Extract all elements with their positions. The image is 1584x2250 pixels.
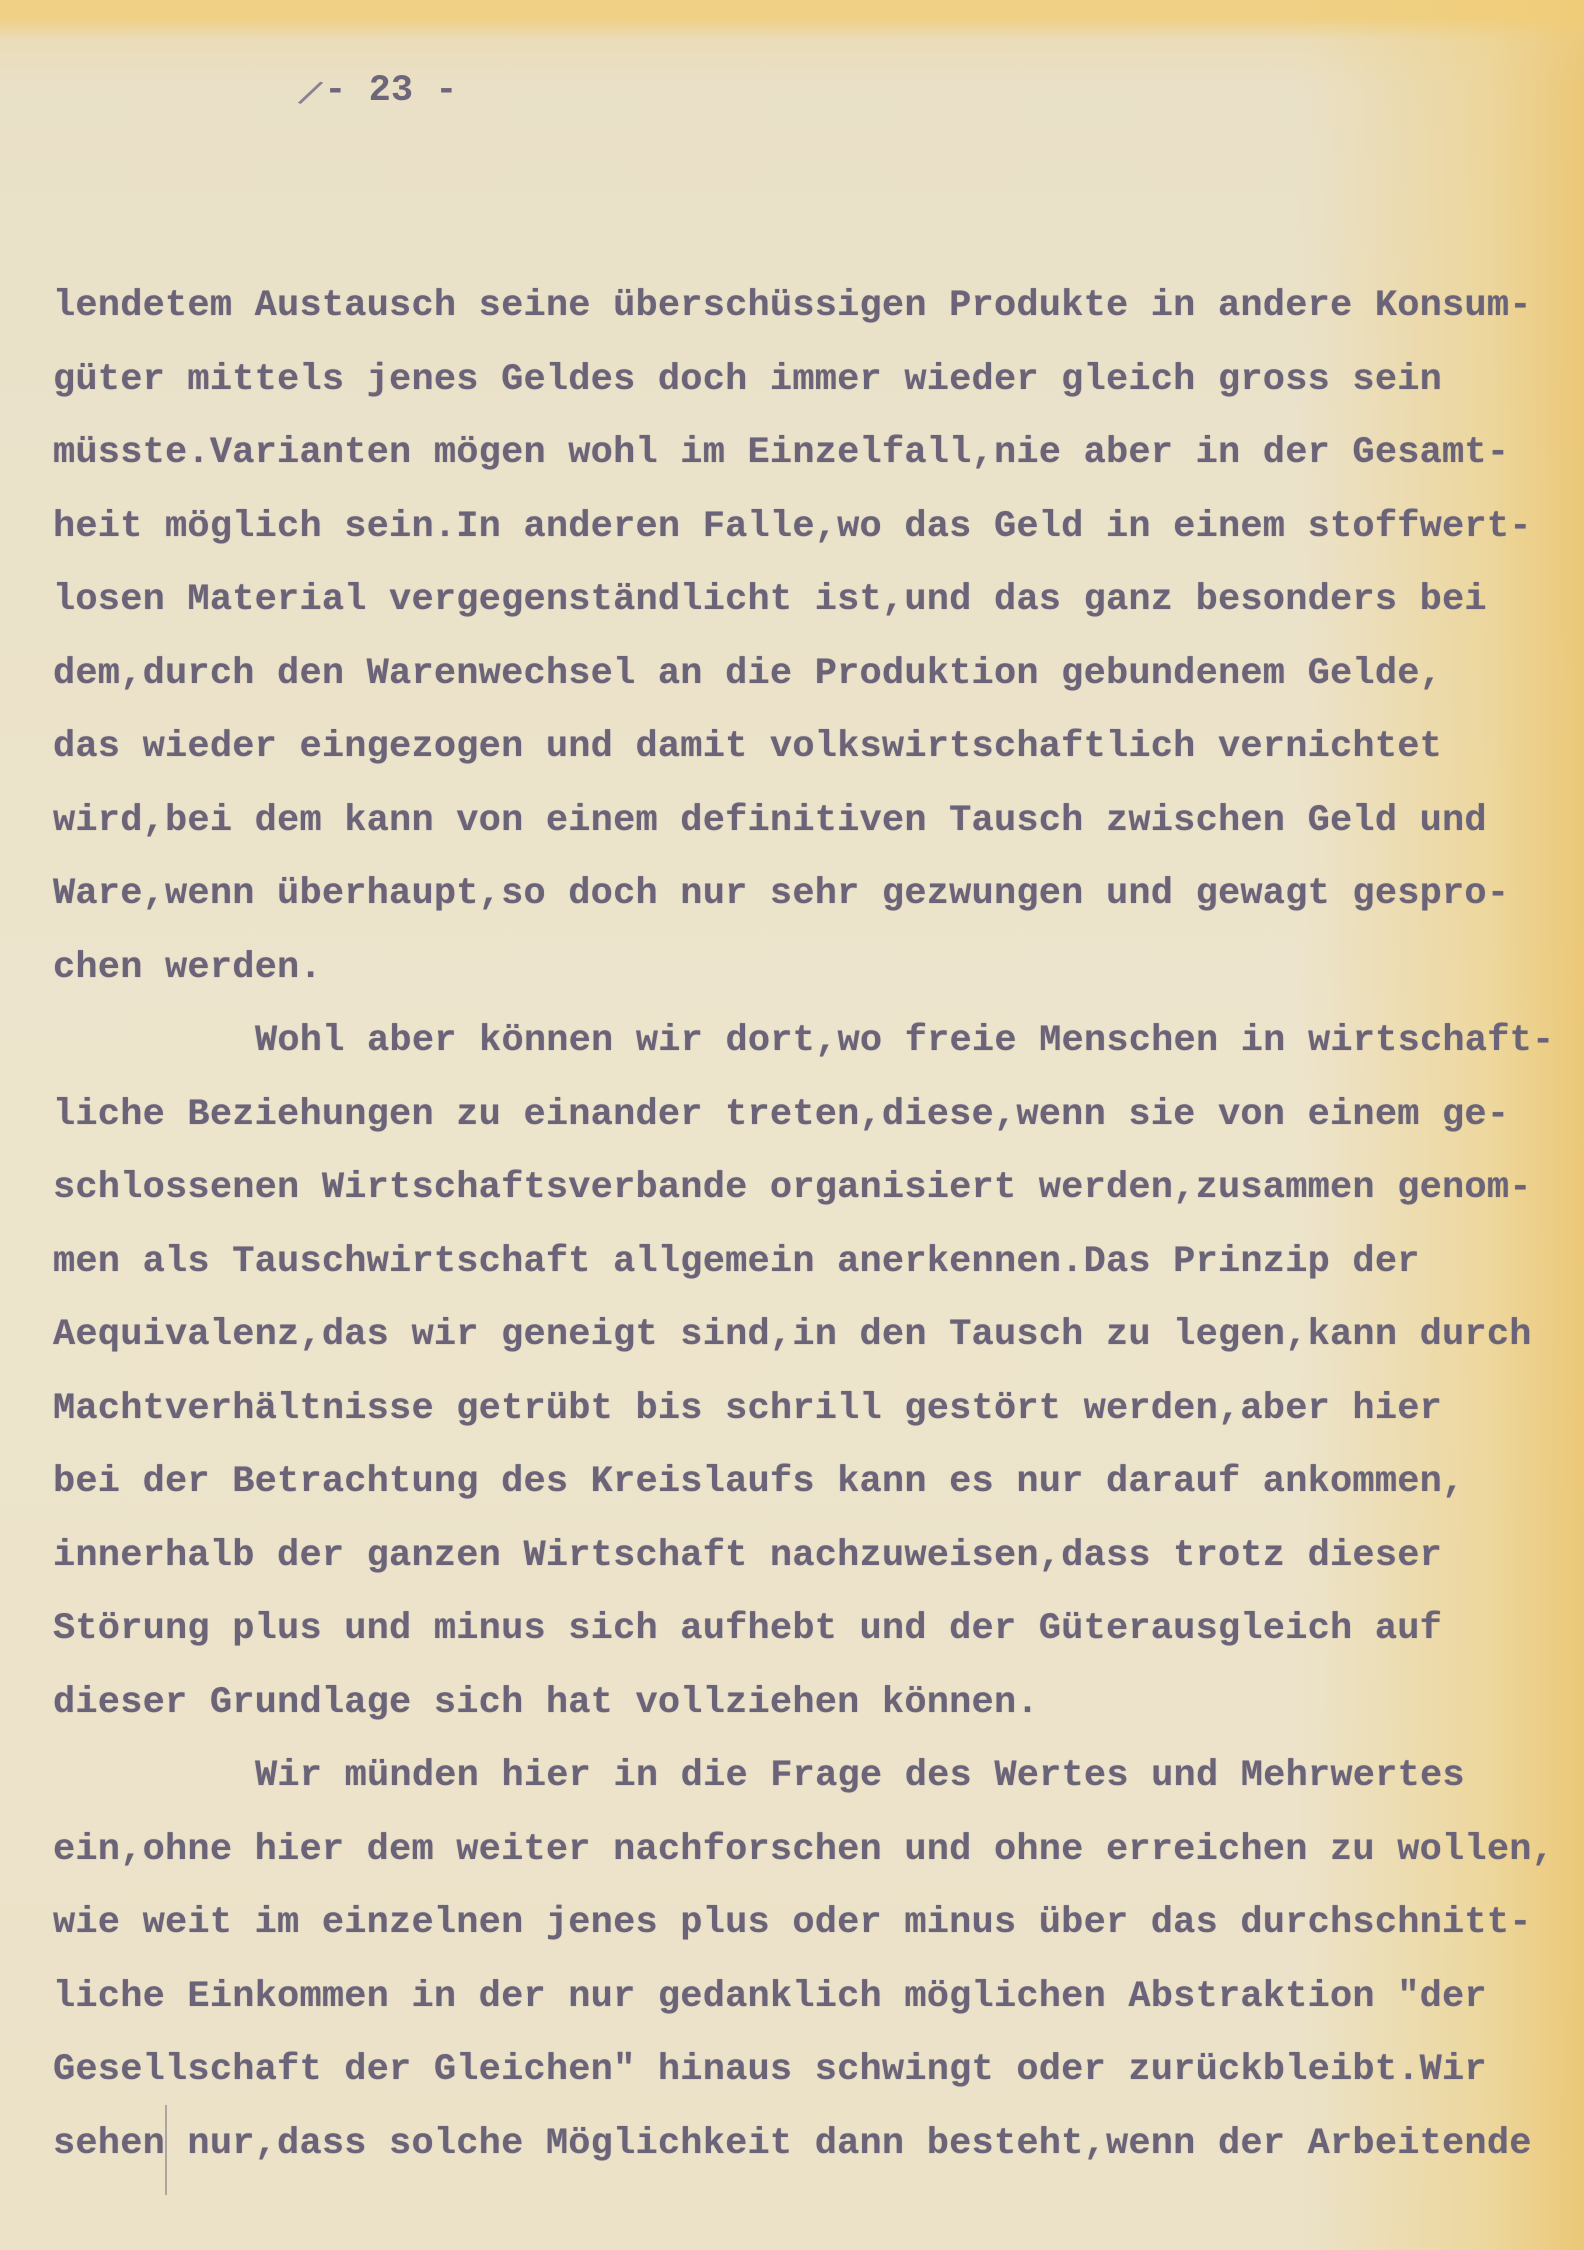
text-line: müsste.Varianten mögen wohl im Einzelfal… <box>53 427 1553 501</box>
text-line: Störung plus und minus sich aufhebt und … <box>53 1603 1553 1677</box>
text-line: innerhalb der ganzen Wirtschaft nachzuwe… <box>53 1530 1553 1604</box>
text-line: heit möglich sein.In anderen Falle,wo da… <box>53 501 1553 575</box>
text-line: Gesellschaft der Gleichen" hinaus schwin… <box>53 2044 1553 2118</box>
paragraph-start-line: Wir münden hier in die Frage des Wertes … <box>53 1750 1553 1824</box>
page-number-text: - 23 - <box>324 70 457 112</box>
text-line: liche Einkommen in der nur gedanklich mö… <box>53 1971 1553 2045</box>
text-line: lendetem Austausch seine überschüssigen … <box>53 280 1553 354</box>
text-line: wird,bei dem kann von einem definitiven … <box>53 795 1553 869</box>
pencil-mark: / <box>292 73 326 120</box>
text-line: wie weit im einzelnen jenes plus oder mi… <box>53 1897 1553 1971</box>
text-line: güter mittels jenes Geldes doch immer wi… <box>53 354 1553 428</box>
text-line: Aequivalenz,das wir geneigt sind,in den … <box>53 1309 1553 1383</box>
pencil-margin-mark <box>165 2105 167 2195</box>
body-text: lendetem Austausch seine überschüssigen … <box>53 280 1553 2191</box>
typewritten-page: /- 23 - lendetem Austausch seine übersch… <box>0 0 1584 2250</box>
text-line: losen Material vergegenständlicht ist,un… <box>53 574 1553 648</box>
paragraph-start-line: Wohl aber können wir dort,wo freie Mensc… <box>53 1015 1553 1089</box>
text-line: chen werden. <box>53 942 1553 1016</box>
text-line: Ware,wenn überhaupt,so doch nur sehr gez… <box>53 868 1553 942</box>
text-line: schlossenen Wirtschaftsverbande organisi… <box>53 1162 1553 1236</box>
text-line: dieser Grundlage sich hat vollziehen kön… <box>53 1677 1553 1751</box>
text-line: Machtverhältnisse getrübt bis schrill ge… <box>53 1383 1553 1457</box>
text-line: bei der Betrachtung des Kreislaufs kann … <box>53 1456 1553 1530</box>
page-number: /- 23 - <box>300 70 457 112</box>
text-line: liche Beziehungen zu einander treten,die… <box>53 1089 1553 1163</box>
text-line: men als Tauschwirtschaft allgemein anerk… <box>53 1236 1553 1310</box>
text-line: das wieder eingezogen und damit volkswir… <box>53 721 1553 795</box>
text-line: ein,ohne hier dem weiter nachforschen un… <box>53 1824 1553 1898</box>
text-line: sehen nur,dass solche Möglichkeit dann b… <box>53 2118 1553 2192</box>
text-line: dem,durch den Warenwechsel an die Produk… <box>53 648 1553 722</box>
